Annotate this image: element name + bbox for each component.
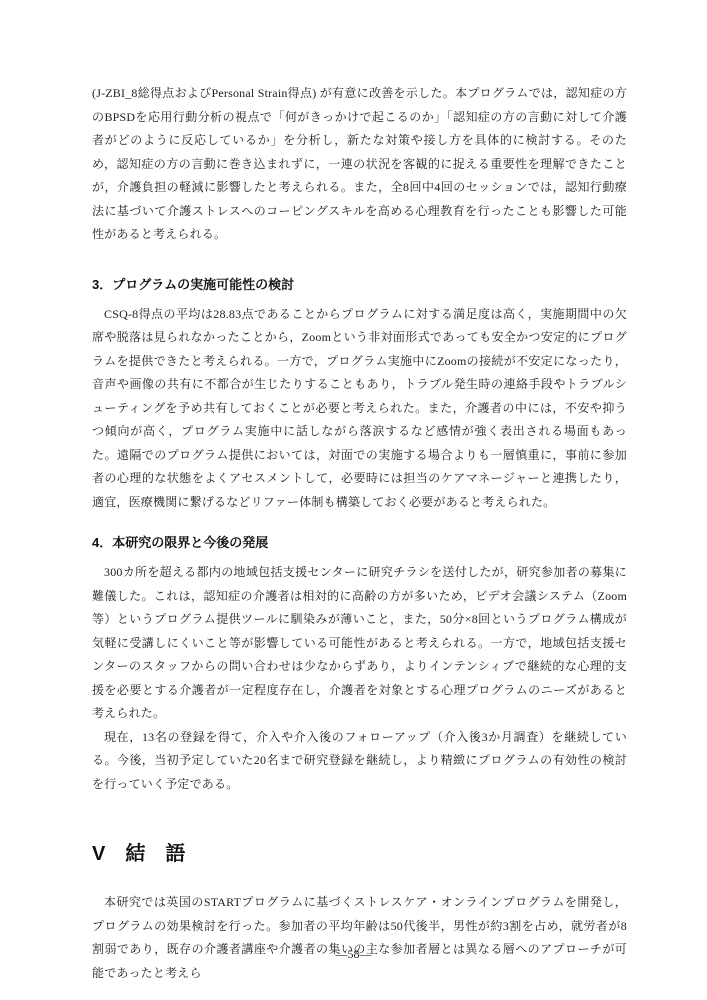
section-4-paragraph-1: 300カ所を超える都内の地域包括支援センターに研究チラシを送付したが，研究参加者…	[92, 561, 627, 726]
conclusion-paragraph: 本研究では英国のSTARTプログラムに基づくストレスケア・オンラインプログラムを…	[92, 891, 627, 985]
page-number: —58—	[0, 947, 707, 962]
section-4-paragraph-2: 現在，13名の登録を得て，介入や介入後のフォローアップ（介入後3か月調査）を継続…	[92, 726, 627, 797]
section-heading-3: 3．プログラムの実施可能性の検討	[92, 277, 627, 292]
section-heading-4: 4．本研究の限界と今後の発展	[92, 535, 627, 550]
paper-page: (J-ZBI_8総得点およびPersonal Strain得点) が有意に改善を…	[0, 0, 707, 1000]
section-3-paragraph: CSQ-8得点の平均は28.83点であることからプログラムに対する満足度は高く，…	[92, 303, 627, 515]
paragraph-continuation: (J-ZBI_8総得点およびPersonal Strain得点) が有意に改善を…	[92, 82, 627, 247]
chapter-heading-conclusion: V 結 語	[92, 842, 627, 866]
